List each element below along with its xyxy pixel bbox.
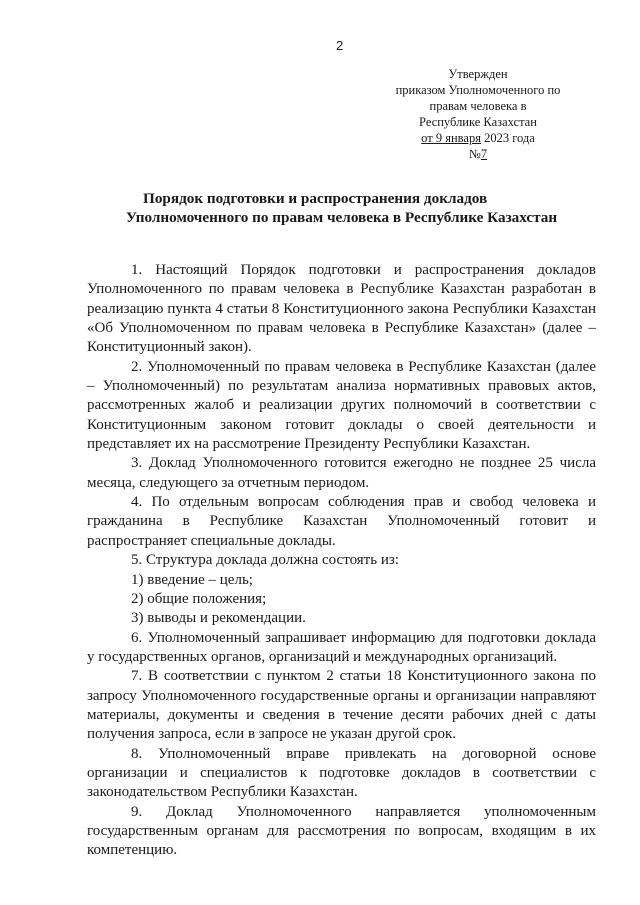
title-line-1: Порядок подготовки и распространения док…: [87, 189, 596, 208]
list-item-3: 3) выводы и рекомендации.: [87, 609, 596, 628]
paragraph-2: 2. Уполномоченный по правам человека в Р…: [87, 358, 596, 455]
number-sign: №: [469, 147, 481, 161]
approval-line: приказом Уполномоченного по: [378, 82, 578, 98]
document-title: Порядок подготовки и распространения док…: [87, 189, 596, 227]
approval-line: правам человека в: [378, 98, 578, 114]
approval-date-year: 2023 года: [481, 131, 535, 145]
paragraph-3: 3. Доклад Уполномоченного готовится ежег…: [87, 454, 596, 493]
paragraph-1: 1. Настоящий Порядок подготовки и распро…: [87, 261, 596, 358]
document-body: 1. Настоящий Порядок подготовки и распро…: [87, 261, 596, 861]
paragraph-4: 4. По отдельным вопросам соблюдения прав…: [87, 493, 596, 551]
paragraph-6: 6. Уполномоченный запрашивает информацию…: [87, 629, 596, 668]
list-item-2: 2) общие положения;: [87, 590, 596, 609]
paragraph-8: 8. Уполномоченный вправе привлекать на д…: [87, 745, 596, 803]
paragraph-5: 5. Структура доклада должна состоять из:: [87, 551, 596, 570]
title-line-2: Уполномоченного по правам человека в Рес…: [87, 208, 596, 227]
approval-number: №7: [378, 146, 578, 162]
approval-line: Республике Казахстан: [378, 114, 578, 130]
approval-date: от 9 января 2023 года: [378, 130, 578, 146]
paragraph-9: 9. Доклад Уполномоченного направляется у…: [87, 803, 596, 861]
list-item-1: 1) введение – цель;: [87, 571, 596, 590]
paragraph-7: 7. В соответствии с пунктом 2 статьи 18 …: [87, 667, 596, 744]
page-number: 2: [336, 38, 343, 53]
approval-stamp: Утвержден приказом Уполномоченного по пр…: [378, 66, 578, 162]
approval-line: Утвержден: [378, 66, 578, 82]
order-number: 7: [481, 147, 487, 161]
approval-date-underlined: от 9 января: [421, 131, 481, 145]
